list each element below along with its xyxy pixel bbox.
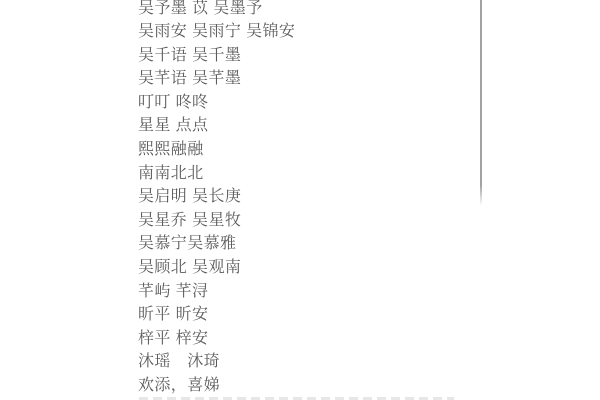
name-list-line: 欢添，喜娣 <box>138 374 295 398</box>
name-list-line: 昕平 昕安 <box>138 303 295 327</box>
name-list-line: 吴芊语 吴芊墨 <box>138 67 295 91</box>
name-list-line: 梓平 梓安 <box>138 327 295 351</box>
name-list-line: 星星 点点 <box>138 114 295 138</box>
name-list-line: 芊屿 芊浔 <box>138 280 295 304</box>
name-list-line: 吴慕宁吴慕雅 <box>138 232 295 256</box>
name-list: 吴予墨 苡 吴墨予 吴雨安 吴雨宁 吴锦安 吴千语 吴千墨 吴芊语 吴芊墨 叮叮… <box>138 0 295 398</box>
page-viewport: 吴予墨 苡 吴墨予 吴雨安 吴雨宁 吴锦安 吴千语 吴千墨 吴芊语 吴芊墨 叮叮… <box>0 0 600 400</box>
name-list-line: 叮叮 咚咚 <box>138 91 295 115</box>
name-list-line: 沐瑶 沐琦 <box>138 350 295 374</box>
name-list-line: 吴启明 吴长庚 <box>138 185 295 209</box>
name-list-line: 吴雨安 吴雨宁 吴锦安 <box>138 20 295 44</box>
name-list-line: 南南北北 <box>138 162 295 186</box>
scrollbar-thumb[interactable] <box>480 0 482 206</box>
name-list-line: 吴予墨 苡 吴墨予 <box>138 0 295 20</box>
name-list-line: 熙熙融融 <box>138 138 295 162</box>
name-list-line: 吴千语 吴千墨 <box>138 44 295 68</box>
clipped-next-line <box>139 397 454 400</box>
name-list-line: 吴星乔 吴星牧 <box>138 209 295 233</box>
name-list-line: 吴顾北 吴观南 <box>138 256 295 280</box>
